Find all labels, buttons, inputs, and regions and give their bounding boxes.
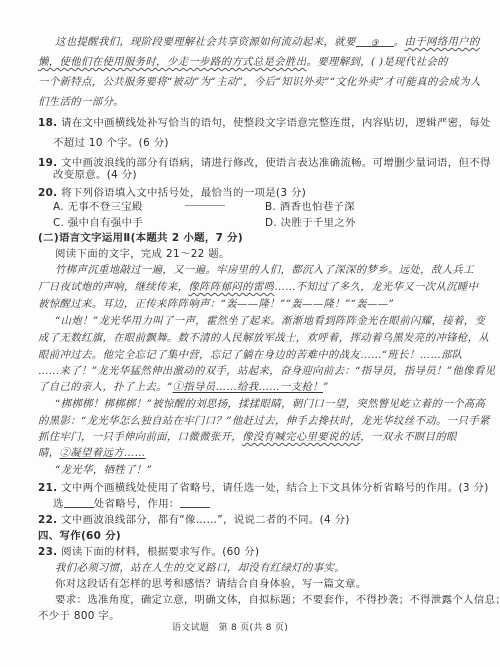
story-line: “梆梆梆！梆梆梆！”被惊醒的刘思扬，揉揉眼睛，朝门口一望，突然瞥见屹立着的一个高… (55, 397, 485, 411)
wavy-underlined-text: 像阵阵郁闷的雷鸣 (188, 281, 274, 293)
passage-line: 一个新特点，公共服务要将“被动”为“主动”，今后“知识外卖”“文化外卖”才可能真… (38, 75, 481, 89)
question-number: 20. (38, 187, 57, 199)
question-18: 18. 请在文中画横线处补写恰当的语句，使整段文字语意完整连贯，内容贴切，逻辑严… (38, 116, 491, 130)
story-text: 抓住牢门，一只手伸向前面，口微微张开， (38, 431, 242, 443)
fill-label: 处省略号，作用： (94, 498, 180, 510)
options-row-2: C. 强中自有强中手 D. 决胜于千里之外 (53, 216, 453, 230)
question-20: 20. 将下列俗语填入文中括号处，最恰当的一项是(3 分) (38, 186, 306, 200)
passage-text: 。 (394, 36, 405, 48)
story-line: 成了无数红旗，在眼前飘舞。数不清的人民解放军战士，欢呼着，挥动着乌黑发亮的冲锋枪… (38, 331, 489, 345)
writing-prompt: 你对这段话有怎样的思考和感悟？请结合自身体验，写一篇文章。 (55, 577, 366, 591)
fill-label: 选 (53, 498, 64, 510)
question-number: 21. (38, 482, 57, 494)
wavy-underlined-text: 由于网络用户的 (404, 36, 479, 48)
question-text: 文中画波浪线部分，都有“像……”，说说二者的不同。(4 分) (61, 514, 350, 526)
section-heading: 四、写作(60 分) (38, 529, 121, 543)
blank-3: ③ (356, 36, 394, 47)
passage-line: 这也提醒我们，现阶段要理解社会共享资源如何流动起来，就要③。由于网络用户的 (55, 35, 480, 49)
story-text: 厂日夜试炮的声响，继续传来， (38, 281, 188, 293)
story-line: 的黑影：“龙光华怎么独自站在牢门口？”他赶过去，伸手去搀扶时，龙光华纹丝不动。一… (38, 414, 490, 428)
story-line: 眼前冲过去。他完全忘记了集中营，忘记了躺在身边的苦难中的战友……“班长！……部队 (38, 348, 463, 362)
section-instruction: 阅读下面的文字，完成 21～22 题。 (55, 247, 230, 261)
question-text: 请在文中画横线处补写恰当的语句，使整段文字语意完整连贯，内容贴切，逻辑严密，每处 (61, 117, 491, 129)
story-line: 被惊醒过来。耳边，正传来阵阵响声：“轰——隆！”“轰——隆！”“轰——” (38, 297, 394, 311)
writing-material: 我们必须习惯，站在人生的交叉路口，却没有红绿灯的事实。 (55, 561, 345, 575)
story-line: 睛，②凝望着远方…… (38, 446, 145, 460)
story-line: “山炮！”龙光华用力叫了一声，霍然坐了起来。渐渐地看到阵阵金光在眼前闪耀，接着，… (55, 314, 485, 328)
question-23: 23. 阅读下面的材料，根据要求写作。(60 分) (38, 545, 259, 559)
question-text: 阅读下面的材料，根据要求写作。(60 分) (61, 546, 259, 558)
page-footer: 语文试题 第 8 页(共 8 页) (172, 620, 288, 633)
option-a: A. 无事不登三宝殿 (53, 201, 143, 213)
story-line: 厂日夜试炮的声响，继续传来，像阵阵郁闷的雷鸣……不知过了多久，龙光华又一次从沉睡… (38, 280, 478, 294)
story-text: ……不知过了多久，龙光华又一次从沉睡中 (274, 281, 478, 293)
passage-line: 懒，使他们在使用服务时，少走一步路的方式总是会胜出。要理解到，( )是现代社会的 (38, 55, 448, 69)
question-19-cont: 改变原意。(4 分) (53, 168, 137, 182)
story-line: 抓住牢门，一只手伸向前面，口微微张开，像没有喊完心里要说的话，一双永不瞑目的眼 (38, 430, 457, 444)
answer-blank-choice[interactable] (64, 497, 94, 508)
question-number: 23. (38, 546, 57, 558)
answer-blank-function[interactable] (180, 497, 210, 508)
passage-text: 。要理解到，( )是现代社会的 (307, 56, 448, 68)
exam-page: 这也提醒我们，现阶段要理解社会共享资源如何流动起来，就要③。由于网络用户的 懒，… (0, 0, 500, 667)
story-line: ……来了！”龙光华猛然伸出激动的双手，站起来，奋身迎向前去：“指导员，指导员！”… (38, 364, 495, 378)
question-text: 将下列俗语填入文中括号处，最恰当的一项是(3 分) (61, 187, 306, 199)
underlined-text-2: ②凝望着远方…… (59, 447, 145, 459)
story-line: “龙光华，牺牲了！” (55, 463, 152, 477)
wavy-underlined-text: 懒，使他们在使用服务时，少走一步路的方式总是会胜出 (38, 56, 307, 68)
question-text: 文中两个画横线处使用了省略号，请任选一处，结合上下文具体分析省略号的作用。(3 … (61, 482, 489, 494)
option-b: B. 酒香也怕巷子深 (265, 200, 355, 214)
underlined-text-1: ①指导员……给我……一支枪！ (173, 381, 323, 393)
question-number: 22. (38, 514, 57, 526)
section-heading: (二)语言文字运用Ⅱ(本题共 2 小题，7 分) (38, 231, 243, 245)
story-line: 了自己的亲人，扑了上去。“①指导员……给我……一支枪！” (38, 380, 329, 394)
wavy-underlined-text: 像没有喊完心里要说的话 (242, 431, 360, 443)
option-d: D. 决胜于千里之外 (265, 216, 356, 230)
question-21-fill: 选处省略号，作用： (53, 497, 210, 511)
story-text: 了自己的亲人，扑了上去。“ (38, 381, 173, 393)
question-21: 21. 文中两个画横线处使用了省略号，请任选一处，结合上下文具体分析省略号的作用… (38, 481, 489, 495)
question-22: 22. 文中画波浪线部分，都有“像……”，说说二者的不同。(4 分) (38, 513, 350, 527)
question-18-cont: 不超过 10 个字。(6 分) (53, 136, 169, 150)
story-text: ，一双永不瞑目的眼 (360, 431, 457, 443)
writing-requirements-cont: 不少于 800 字。 (38, 609, 120, 623)
blank-label: ③ (371, 39, 379, 49)
passage-text: 这也提醒我们，现阶段要理解社会共享资源如何流动起来，就要 (55, 36, 356, 48)
story-text: ” (323, 381, 329, 393)
story-text: 睛， (38, 447, 59, 459)
story-line: 竹梆声沉重地敲过一遍，又一遍。牢房里的人们，都沉入了深深的梦乡。远处，敌人兵工 (55, 263, 474, 277)
options-row-1: A. 无事不登三宝殿 B. 酒香也怕巷子深 (53, 200, 453, 214)
option-c: C. 强中自有强中手 (53, 217, 143, 229)
passage-line: 们生活的一部分。 (38, 95, 124, 109)
writing-requirements: 要求：选准角度，确定立意，明确文体，自拟标题；不要套作，不得抄袭；不得泄露个人信… (55, 593, 500, 607)
question-number: 18. (38, 117, 57, 129)
